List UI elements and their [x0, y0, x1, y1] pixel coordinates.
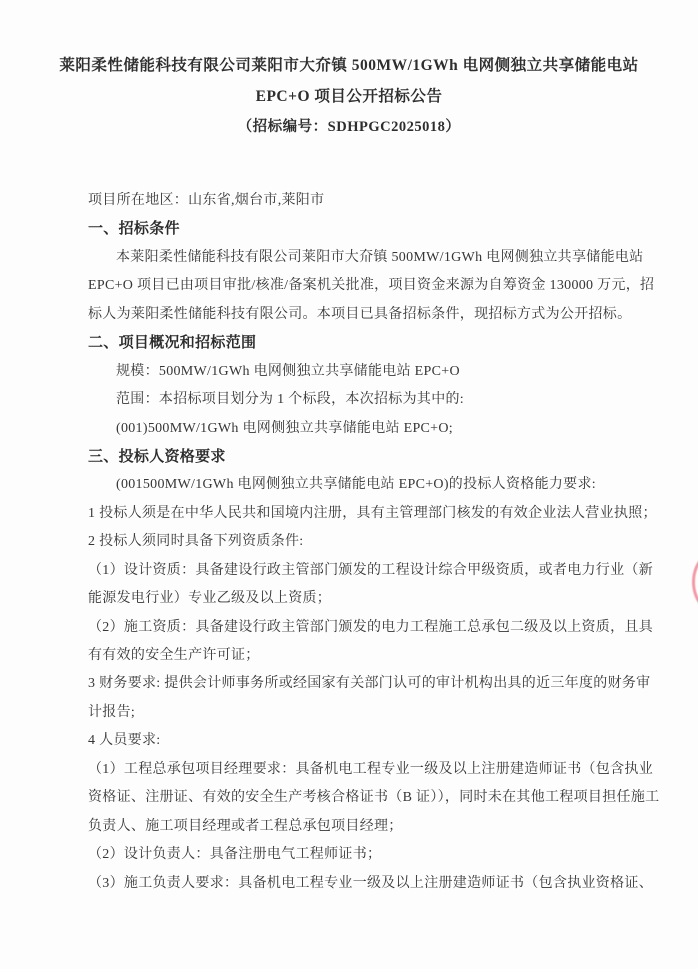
qualification-line: （2）施工资质：具备建设行政主管部门颁发的电力工程施工总承包二级及以上资质，且具	[88, 614, 648, 642]
document-header: 莱阳柔性储能科技有限公司莱阳市大夼镇 500MW/1GWh 电网侧独立共享储能电…	[0, 0, 698, 143]
document-title-line-2: EPC+O 项目公开招标公告	[0, 81, 698, 112]
qualification-line: 4 人员要求:	[88, 727, 648, 755]
project-scope-line: 范围：本招标项目划分为 1 个标段，本次招标为其中的:	[88, 386, 648, 414]
section-1-paragraph-line: EPC+O 项目已由项目审批/核准/备案机关批准，项目资金来源为自筹资金 130…	[88, 272, 648, 300]
document-body: 项目所在地区：山东省,烟台市,莱阳市 一、招标条件 本莱阳柔性储能科技有限公司莱…	[0, 187, 698, 898]
bid-number: （招标编号：SDHPGC2025018）	[0, 112, 698, 143]
section-1-paragraph-line: 本莱阳柔性储能科技有限公司莱阳市大夼镇 500MW/1GWh 电网侧独立共享储能…	[88, 244, 648, 272]
project-location-line: 项目所在地区：山东省,烟台市,莱阳市	[88, 187, 648, 215]
lot-line: (001)500MW/1GWh 电网侧独立共享储能电站 EPC+O;	[88, 415, 648, 443]
section-1-paragraph-line: 标人为莱阳柔性储能科技有限公司。本项目已具备招标条件，现招标方式为公开招标。	[88, 301, 648, 329]
qualification-line: 计报告;	[88, 699, 648, 727]
qualification-line: 有有效的安全生产许可证；	[88, 642, 648, 670]
qualification-line: 2 投标人须同时具备下列资质条件:	[88, 528, 648, 556]
qualification-line: （1）工程总承包项目经理要求：具备机电工程专业一级及以上注册建造师证书（包含执业	[88, 756, 648, 784]
qualification-line: 3 财务要求: 提供会计师事务所或经国家有关部门认可的审计机构出具的近三年度的财…	[88, 670, 648, 698]
qualification-line: 资格证、注册证、有效的安全生产考核合格证书（B 证）），同时未在其他工程项目担任…	[88, 784, 648, 812]
qualification-line: 能源发电行业）专业乙级及以上资质；	[88, 585, 648, 613]
qualification-line: （3）施工负责人要求：具备机电工程专业一级及以上注册建造师证书（包含执业资格证、	[88, 870, 648, 898]
qualification-intro-line: (001500MW/1GWh 电网侧独立共享储能电站 EPC+O)的投标人资格能…	[88, 471, 648, 499]
qualification-line: （2）设计负责人：具备注册电气工程师证书；	[88, 841, 648, 869]
qualification-line: 1 投标人须是在中华人民共和国境内注册，具有主管理部门核发的有效企业法人营业执照…	[88, 500, 648, 528]
section-3-heading: 三、投标人资格要求	[88, 443, 648, 471]
document-title-line-1: 莱阳柔性储能科技有限公司莱阳市大夼镇 500MW/1GWh 电网侧独立共享储能电…	[0, 50, 698, 81]
document-page: 莱阳柔性储能科技有限公司莱阳市大夼镇 500MW/1GWh 电网侧独立共享储能电…	[0, 0, 698, 969]
project-scale-line: 规模：500MW/1GWh 电网侧独立共享储能电站 EPC+O	[88, 358, 648, 386]
qualification-line: （1）设计资质：具备建设行政主管部门颁发的工程设计综合甲级资质，或者电力行业（新	[88, 557, 648, 585]
section-2-heading: 二、项目概况和招标范围	[88, 329, 648, 357]
section-1-heading: 一、招标条件	[88, 215, 648, 243]
qualification-line: 负责人、施工项目经理或者工程总承包项目经理；	[88, 813, 648, 841]
